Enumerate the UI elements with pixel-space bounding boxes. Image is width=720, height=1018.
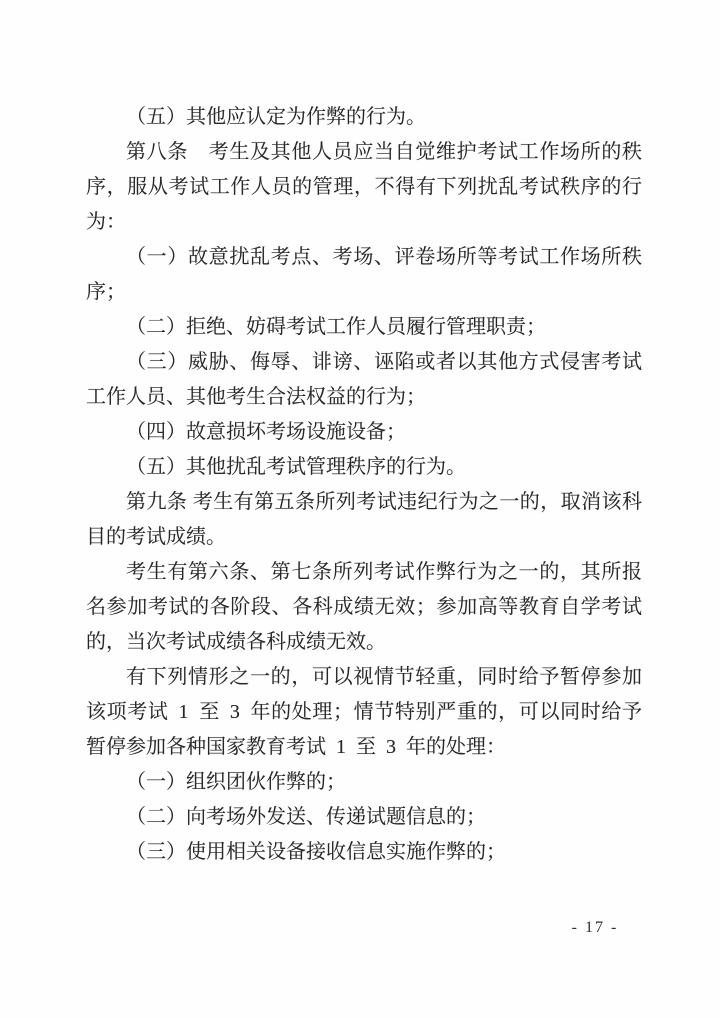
paragraph: （二）拒绝、妨碍考试工作人员履行管理职责； [86,310,642,345]
paragraph: （三）使用相关设备接收信息实施作弊的； [86,835,642,870]
document-page: （五）其他应认定为作弊的行为。 第八条 考生及其他人员应当自觉维护考试工作场所的… [0,0,720,1018]
paragraph: 考生有第六条、第七条所列考试作弊行为之一的，其所报名参加考试的各阶段、各科成绩无… [86,555,642,660]
paragraph: （一）故意扰乱考点、考场、评卷场所等考试工作场所秩序； [86,240,642,310]
paragraph: （三）威胁、侮辱、诽谤、诬陷或者以其他方式侵害考试工作人员、其他考生合法权益的行… [86,345,642,415]
paragraph: （五）其他应认定为作弊的行为。 [86,100,642,135]
paragraph: 有下列情形之一的，可以视情节轻重，同时给予暂停参加该项考试 1 至 3 年的处理… [86,660,642,765]
paragraph: （五）其他扰乱考试管理秩序的行为。 [86,450,642,485]
paragraph: （二）向考场外发送、传递试题信息的； [86,800,642,835]
paragraph: （一）组织团伙作弊的； [86,765,642,800]
paragraph: （四）故意损坏考场设施设备； [86,415,642,450]
paragraph: 第九条 考生有第五条所列考试违纪行为之一的，取消该科目的考试成绩。 [86,485,642,555]
document-body: （五）其他应认定为作弊的行为。 第八条 考生及其他人员应当自觉维护考试工作场所的… [86,100,642,870]
page-number: - 17 - [553,919,637,937]
paragraph: 第八条 考生及其他人员应当自觉维护考试工作场所的秩序，服从考试工作人员的管理，不… [86,135,642,240]
